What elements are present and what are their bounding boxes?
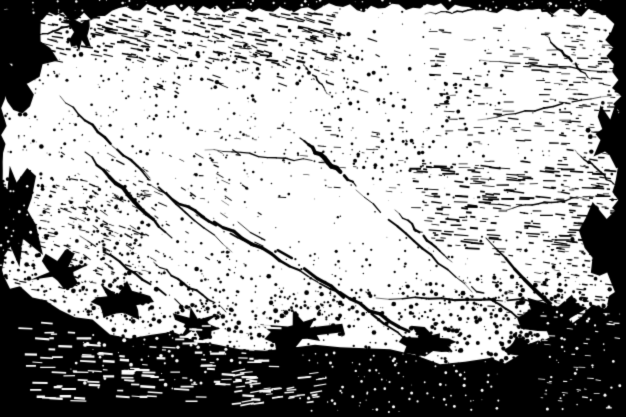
- grunge-texture-image: [0, 0, 626, 417]
- grunge-texture-canvas: [0, 0, 626, 417]
